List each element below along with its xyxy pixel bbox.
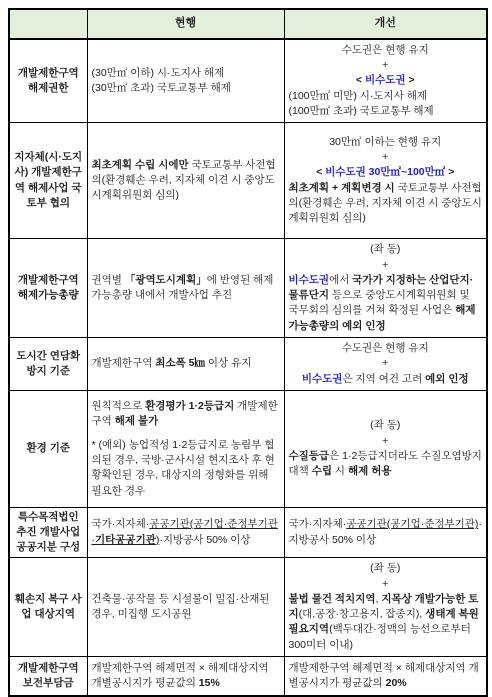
header-cell-improved: 개선 [284,9,487,39]
row-label: 환경 기준 [9,390,87,507]
row-label: 도시간 연담화 방지 기준 [9,338,87,391]
improved-cell: 국가·지자체·공공기관(공기업·준정부기관)·지방공사 50% 이상 [284,507,487,558]
table-row: 개발제한구역 해제권한 (30만㎡ 이하) 시·도지사 해제(30만㎡ 초과) … [9,39,487,123]
document-page: 현행 개선 개발제한구역 해제권한 (30만㎡ 이하) 시·도지사 해제(30만… [0,0,492,657]
table-row: 개발제한구역 보전부담금 개발제한구역 해제면적 × 해제대상지역 개별공시지가… [9,656,487,696]
improved-cell: (좌 동)+불법 물건 적치지역, 지목상 개발가능한 토지(대,공장·창고용지… [284,558,487,656]
table-body: 개발제한구역 해제권한 (30만㎡ 이하) 시·도지사 해제(30만㎡ 초과) … [9,39,487,696]
row-label: 훼손지 복구 사업 대상지역 [9,558,87,656]
table-row: 도시간 연담화 방지 기준 개발제한구역 최소폭 5㎞ 이상 유지 수도권은 현… [9,338,487,391]
row-label: 특수목적법인 추진 개발사업 공공지분 구성 [9,507,87,558]
table-header-row: 현행 개선 [9,9,487,39]
improved-cell: 수도권은 현행 유지+비수도권은 지역 여건 고려 예외 인정 [284,338,487,391]
table-row: 지자체(시·도지사) 개발제한구역 해제사업 국토부 협의 최초계획 수립 시에… [9,123,487,239]
row-label: 개발제한구역 보전부담금 [9,656,87,696]
table-row: 특수목적법인 추진 개발사업 공공지분 구성 국가·지자체·공공기관(공기업·준… [9,507,487,558]
comparison-table: 현행 개선 개발제한구역 해제권한 (30만㎡ 이하) 시·도지사 해제(30만… [8,8,488,697]
current-cell: 개발제한구역 해제면적 × 해제대상지역 개별공시지가 평균값의 15% [87,656,284,696]
improved-cell: (좌 동)+비수도권에서 국가가 지정하는 산업단지·물류단지 등으로 중앙도시… [284,239,487,338]
table-row: 훼손지 복구 사업 대상지역 건축물·공작물 등 시설물이 밀집·산재된 경우,… [9,558,487,656]
improved-cell: 수도권은 현행 유지+< 비수도권 >(100만㎡ 미만) 시·도지사 해제(1… [284,39,487,123]
current-cell: 최초계획 수립 시에만 국토교통부 사전협의(환경훼손 우려, 지자체 이견 시… [87,123,284,239]
improved-cell: (좌 동)+수질등급은 1·2등급지더라도 수질오염방지대책 수립 시 해제 허… [284,390,487,507]
table-row: 개발제한구역 해제가능총량 권역별 「광역도시계획」에 반영된 해제가능총량 내… [9,239,487,338]
improved-cell: 개발제한구역 해제면적 × 해제대상지역 개별공시지가 평균값의 20% [284,656,487,696]
current-cell: 건축물·공작물 등 시설물이 밀집·산재된 경우, 미집행 도시공원 [87,558,284,656]
row-label: 지자체(시·도지사) 개발제한구역 해제사업 국토부 협의 [9,123,87,239]
row-label: 개발제한구역 해제권한 [9,39,87,123]
header-cell-label [9,9,87,39]
current-cell: (30만㎡ 이하) 시·도지사 해제(30만㎡ 초과) 국토교통부 해제 [87,39,284,123]
improved-cell: 30만㎡ 이하는 현행 유지+< 비수도권 30만㎡~100만㎡ >최초계획 +… [284,123,487,239]
current-cell: 권역별 「광역도시계획」에 반영된 해제가능총량 내에서 개발사업 추진 [87,239,284,338]
table-row: 환경 기준 원칙적으로 환경평가 1·2등급지 개발제한구역 해제 불가* (예… [9,390,487,507]
current-cell: 원칙적으로 환경평가 1·2등급지 개발제한구역 해제 불가* (예외) 농업적… [87,390,284,507]
current-cell: 개발제한구역 최소폭 5㎞ 이상 유지 [87,338,284,391]
row-label: 개발제한구역 해제가능총량 [9,239,87,338]
header-cell-current: 현행 [87,9,284,39]
current-cell: 국가·지자체·공공기관(공기업·준정부기관·기타공공기관)·지방공사 50% 이… [87,507,284,558]
